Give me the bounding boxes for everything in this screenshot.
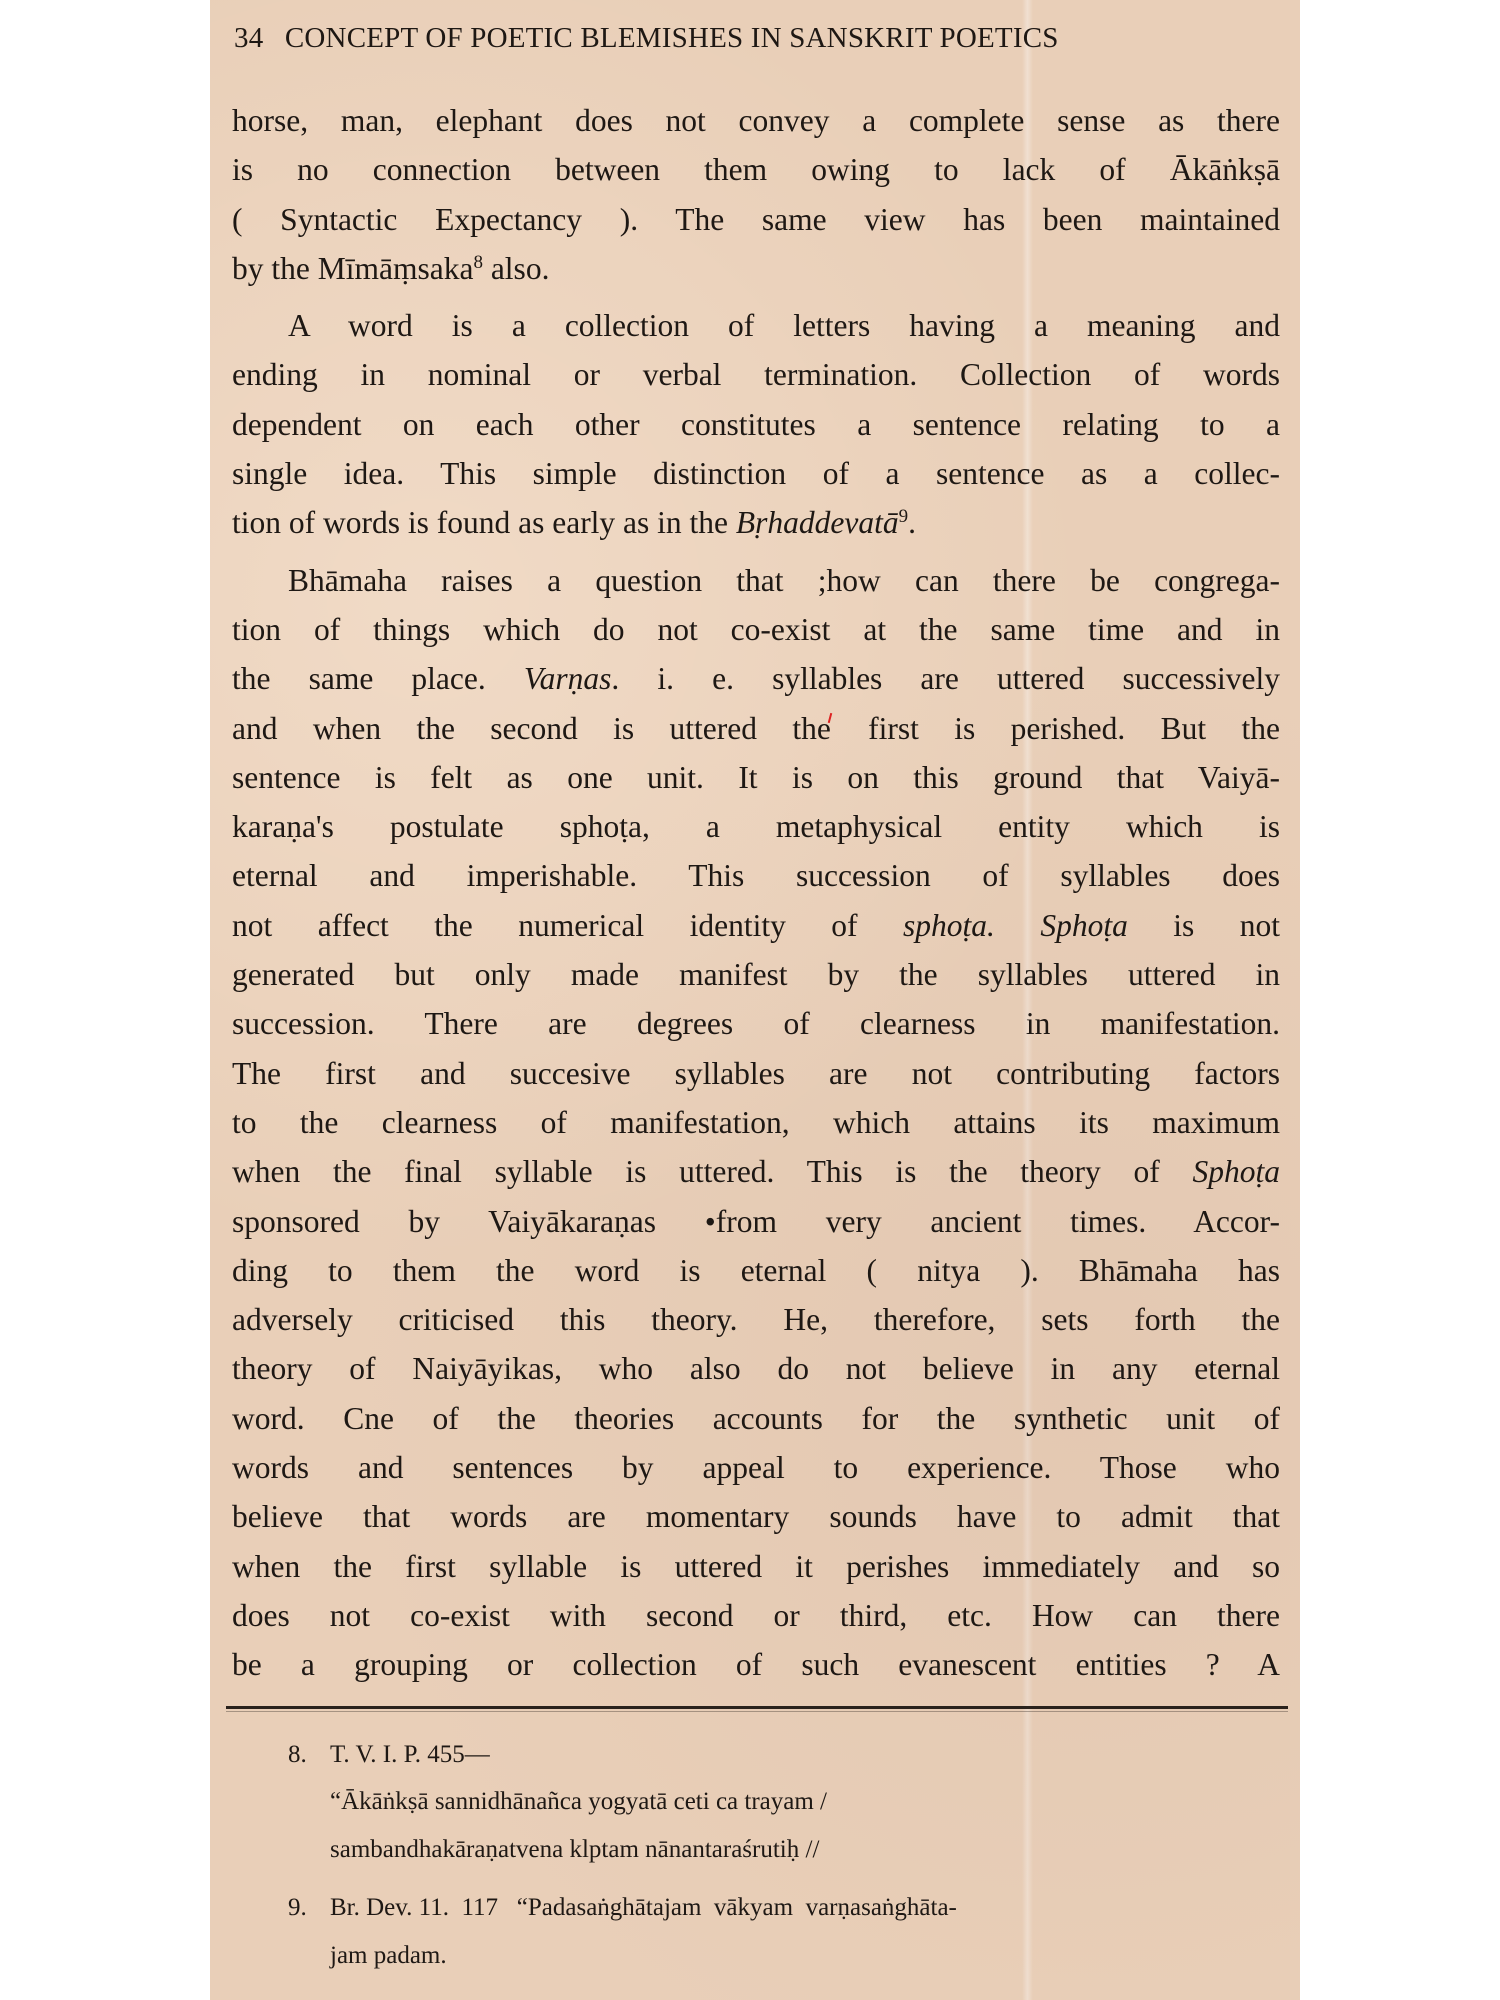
text-span: when the final syllable is uttered. This… <box>232 1154 1192 1189</box>
text-span: also. <box>483 251 550 286</box>
text-line: theory of Naiyāyikas, who also do not be… <box>232 1344 1280 1393</box>
text-line: eternal and imperishable. This successio… <box>232 851 1280 900</box>
text-line: is no connection between them owing to l… <box>232 145 1280 194</box>
paragraph-1: horse, man, elephant does not convey a c… <box>232 96 1280 293</box>
text-span: the same place. <box>232 661 524 696</box>
footnote-number: 9. <box>288 1888 307 1928</box>
text-span: is not <box>1128 908 1280 943</box>
paragraph-3: Bhāmaha raises a question that ;how can … <box>232 556 1280 1690</box>
footnote-ref-9[interactable]: 9 <box>899 506 909 527</box>
text-line: ding to them the word is eternal ( nitya… <box>232 1246 1280 1295</box>
text-span: by the Mīmāṃsaka <box>232 251 473 286</box>
text-line: when the first syllable is uttered it pe… <box>232 1542 1280 1591</box>
text-line: ending in nominal or verbal termination.… <box>232 350 1280 399</box>
text-line: and when the second is uttered the first… <box>232 704 1280 753</box>
text-line: when the final syllable is uttered. This… <box>232 1147 1280 1196</box>
paragraph-2: A word is a collection of letters having… <box>232 301 1280 547</box>
footnote-separator-rule <box>226 1706 1288 1709</box>
footnote-separator-shadow <box>226 1711 1288 1712</box>
running-header: 34 CONCEPT OF POETIC BLEMISHES IN SANSKR… <box>234 22 1059 55</box>
italic-term: Sphoṭa <box>1192 1154 1280 1189</box>
footnote-reference: T. V. I. P. 455— <box>330 1735 490 1775</box>
italic-term: Varṇas <box>524 661 612 696</box>
text-span: . i. e. syllables are uttered successive… <box>611 661 1280 696</box>
text-line: sponsored by Vaiyākaraṇas •from very anc… <box>232 1197 1280 1246</box>
text-line: word. Cne of the theories accounts for t… <box>232 1394 1280 1443</box>
text-line: karaṇa's postulate sphoṭa, a metaphysica… <box>232 802 1280 851</box>
text-span <box>995 908 1040 943</box>
text-line: generated but only made manifest by the … <box>232 950 1280 999</box>
text-line: single idea. This simple distinction of … <box>232 449 1280 498</box>
text-line: sentence is felt as one unit. It is on t… <box>232 753 1280 802</box>
text-line: dependent on each other constitutes a se… <box>232 400 1280 449</box>
text-line: by the Mīmāṃsaka8 also. <box>232 244 1280 293</box>
footnote-quote: jam padam. <box>330 1936 447 1976</box>
text-line: the same place. Varṇas. i. e. syllables … <box>232 654 1280 703</box>
text-line: The first and succesive syllables are no… <box>232 1049 1280 1098</box>
footnote-quote: “Ākāṅkṣā sannidhānañca yogyatā ceti ca t… <box>330 1782 827 1822</box>
text-line: horse, man, elephant does not convey a c… <box>232 96 1280 145</box>
text-line: tion of words is found as early as in th… <box>232 498 1280 547</box>
text-line: be a grouping or collection of such evan… <box>232 1640 1280 1689</box>
footnote-reference: Br. Dev. 11. 117 “Padasaṅghātajam vākyam… <box>330 1888 957 1928</box>
text-span: tion of words is found as early as in th… <box>232 505 736 540</box>
body-text: horse, man, elephant does not convey a c… <box>232 96 1280 1690</box>
italic-term: Bṛhaddevatā <box>736 505 899 540</box>
book-page: 34 CONCEPT OF POETIC BLEMISHES IN SANSKR… <box>210 0 1300 2000</box>
text-span: first is perished. But the <box>833 711 1280 746</box>
footnote-ref-8[interactable]: 8 <box>473 252 483 273</box>
text-line: succession. There are degrees of clearne… <box>232 999 1280 1048</box>
text-line: does not co-exist with second or third, … <box>232 1591 1280 1640</box>
text-span: not affect the numerical identity of <box>232 908 903 943</box>
page-number: 34 <box>234 22 263 54</box>
text-line: adversely criticised this theory. He, th… <box>232 1295 1280 1344</box>
text-line: ( Syntactic Expectancy ). The same view … <box>232 195 1280 244</box>
footnote-quote: sambandhakāraṇatvena klptam nānantaraśru… <box>330 1830 819 1870</box>
text-line: tion of things which do not co-exist at … <box>232 605 1280 654</box>
text-line: believe that words are momentary sounds … <box>232 1492 1280 1541</box>
text-line: not affect the numerical identity of sph… <box>232 901 1280 950</box>
text-line: to the clearness of manifestation, which… <box>232 1098 1280 1147</box>
footnote-number: 8. <box>288 1735 307 1775</box>
italic-term: sphoṭa. <box>903 908 995 943</box>
italic-term: Sphoṭa <box>1040 908 1128 943</box>
text-line: Bhāmaha raises a question that ;how can … <box>232 556 1280 605</box>
text-line: words and sentences by appeal to experie… <box>232 1443 1280 1492</box>
text-span: and when the second is uttered the <box>232 711 831 746</box>
text-line: A word is a collection of letters having… <box>232 301 1280 350</box>
text-span: . <box>908 505 916 540</box>
running-title: CONCEPT OF POETIC BLEMISHES IN SANSKRIT … <box>285 22 1059 54</box>
